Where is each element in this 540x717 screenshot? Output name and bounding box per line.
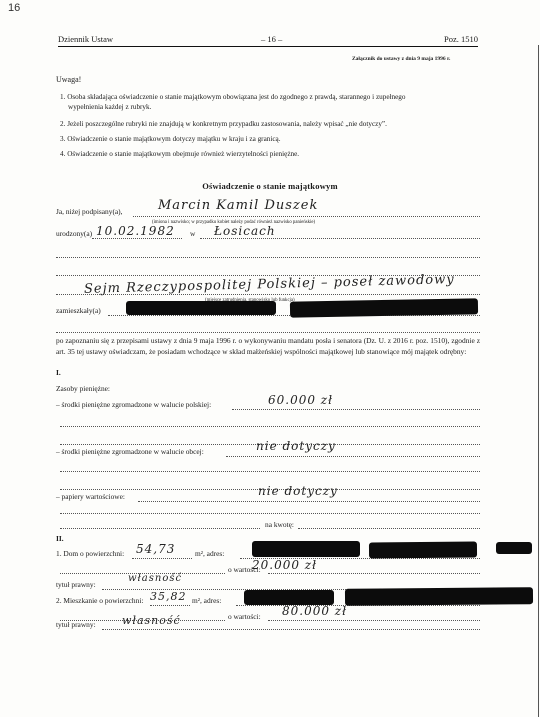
form-title: Oświadczenie o stanie majątkowym [0,181,540,191]
journal-name: Dziennik Ustaw [58,34,113,44]
flat-area-field[interactable]: 35,82 [150,590,187,603]
page-number: – 16 – [261,34,282,44]
note-number: 4. [60,150,65,158]
note-item-2: 2. Jeżeli poszczególne rubryki nie znajd… [60,119,480,129]
note-text-continued: wypełnienia każdej z rubryk. [60,102,480,112]
note-item-3: 3. Oświadczenie o stanie majątkowym doty… [60,134,480,144]
section-1-numeral: I. [56,368,61,377]
blank-line [60,426,480,427]
blank-line [60,471,480,472]
redaction-bar [244,590,334,605]
born-label: urodzony(a) [56,229,92,238]
annex-note: Załącznik do ustawy z dnia 9 maja 1996 r… [352,56,450,62]
note-item-4: 4. Oświadczenie o stanie majątkowym obej… [60,149,480,159]
house-label: 1. Dom o powierzchni: [56,549,124,558]
note-number: 3. [60,135,65,143]
born-date-line [92,238,182,239]
signed-label: Ja, niżej podpisany(a), [56,207,123,216]
flat-unit-label: m², adres: [192,596,221,605]
note-text: Jeżeli poszczególne rubryki nie znajdują… [67,120,387,128]
redaction-bar [369,542,477,559]
section-2-numeral: II. [56,534,64,543]
foreign-field[interactable]: nie dotyczy [256,439,336,453]
pln-label: – środki pieniężne zgromadzone w walucie… [56,400,211,409]
note-text: Osoba składająca oświadczenie o stanie m… [67,93,405,101]
notes-title: Uwaga! [56,75,81,84]
blank-line [56,332,480,333]
flat-title-line [102,629,480,630]
born-place-line [200,238,480,239]
blank-line [60,513,480,514]
redaction-bar [345,587,533,606]
redaction-bar [496,542,532,554]
flat-value-label: o wartości: [228,612,261,621]
pln-line [232,409,480,410]
note-item-1: 1. Osoba składająca oświadczenie o stani… [60,92,480,112]
house-title-label: tytuł prawny: [56,580,96,589]
flat-value-field[interactable]: 80.000 zł [282,604,347,618]
securities-label: – papiery wartościowe: [56,492,125,501]
foreign-label: – środki pieniężne zgromadzone w walucie… [56,447,204,456]
foreign-line [226,456,480,457]
born-in-label: w [190,229,195,238]
born-date-field[interactable]: 10.02.1982 [96,224,175,238]
house-area-line [132,558,192,559]
note-text: Oświadczenie o stanie majątkowym obejmuj… [67,150,299,158]
note-number: 1. [60,93,65,101]
amount-field[interactable] [298,528,480,529]
flat-value-line [268,620,480,621]
cash-heading: Zasoby pieniężne: [56,384,110,393]
house-unit-label: m², adres: [195,549,224,558]
house-area-field[interactable]: 54,73 [136,542,175,556]
pln-field[interactable]: 60.000 zł [268,393,333,407]
house-value-line [268,573,480,574]
securities-field[interactable]: nie dotyczy [258,484,338,498]
position-number: Poz. 1510 [444,34,478,44]
flat-title-field[interactable]: własność [122,614,181,627]
redaction-bar [290,298,478,317]
signed-line [133,216,480,217]
residence-label: zamieszkały(a) [56,306,101,315]
scan-edge-line [538,45,539,717]
handwritten-page-number: 16 [8,2,20,14]
amount-pre-line [60,528,260,529]
blank-line [56,257,480,258]
flat-title-label: tytuł prawny: [56,620,96,629]
redaction-bar [126,301,276,315]
header-rule [58,46,478,47]
note-text: Oświadczenie o stanie majątkowym dotyczy… [67,135,280,143]
amount-label: na kwotę: [265,520,294,529]
house-value-field[interactable]: 20.000 zł [252,558,317,572]
securities-line [138,501,480,502]
flat-label: 2. Mieszkanie o powierzchni: [56,596,143,605]
born-place-field[interactable]: Łosicach [214,224,276,238]
signed-name-field[interactable]: Marcin Kamil Duszek [158,198,318,213]
flat-area-line [150,605,190,606]
house-title-field[interactable]: własność [128,573,182,584]
declaration-text: po zapoznaniu się z przepisami ustawy z … [56,336,480,357]
redaction-bar [252,541,360,557]
note-number: 2. [60,120,65,128]
